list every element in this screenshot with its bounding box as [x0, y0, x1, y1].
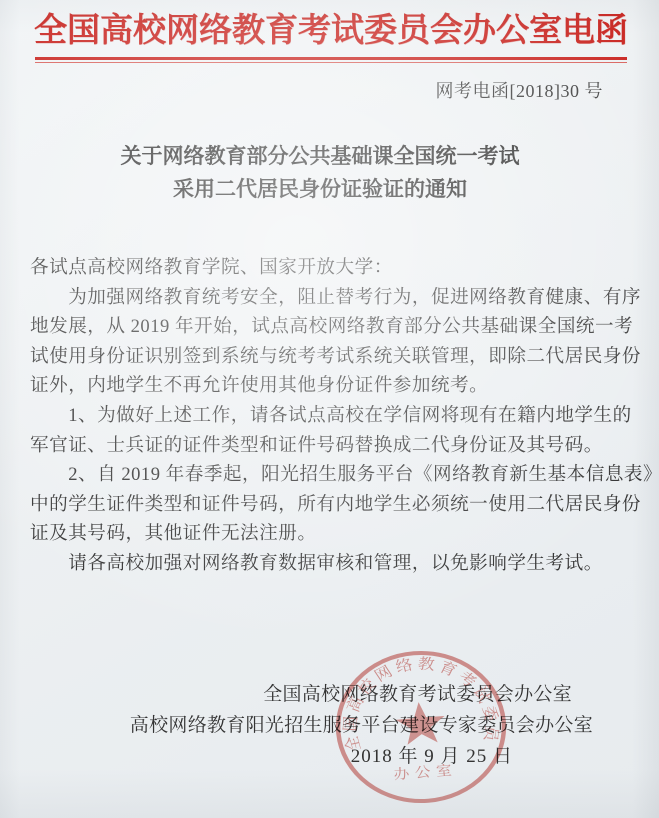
body-line: 请各高校加强对网络教育数据审核和管理，以免影响学生考试。 [30, 549, 642, 579]
body-line: 证外，内地学生不再允许使用其他身份证件参加统考。 [30, 371, 642, 401]
body-line: 1、为做好上述工作，请各试点高校在学信网将现有在籍内地学生的 [30, 401, 642, 431]
official-letter-page: 全国高校网络教育考试委员会办公室电函 网考电函[2018]30 号 关于网络教育… [0, 0, 659, 818]
signature-org-line-2: 高校网络教育阳光招生服务平台建设专家委员会办公室 [130, 710, 593, 737]
signature-date: 2018 年 9 月 25 日 [351, 741, 513, 768]
body-line: 试使用身份证识别签到系统与统考考试系统关联管理，即除二代居民身份 [30, 342, 642, 372]
letterhead-title: 全国高校网络教育考试委员会办公室电函 [34, 10, 628, 50]
letter-body: 各试点高校网络教育学院、国家开放大学： 为加强网络教育统考安全，阻止替考行为，促… [30, 253, 642, 579]
document-number: 网考电函[2018]30 号 [436, 77, 604, 103]
subject-title-line-2: 采用二代居民身份证验证的通知 [0, 173, 640, 206]
body-line: 2、自 2019 年春季起，阳光招生服务平台《网络教育新生基本信息表》 [30, 460, 642, 490]
red-rule-thin-line [35, 62, 627, 64]
body-line: 地发展，从 2019 年开始，试点高校网络教育部分公共基础课全国统一考 [30, 312, 642, 342]
body-line: 中的学生证件类型和证件号码，所有内地学生必须统一使用二代居民身份 [30, 490, 642, 520]
body-line: 为加强网络教育统考安全，阻止替考行为，促进网络教育健康、有序 [30, 283, 642, 313]
body-line: 各试点高校网络教育学院、国家开放大学： [30, 253, 642, 283]
subject-title: 关于网络教育部分公共基础课全国统一考试 采用二代居民身份证验证的通知 [0, 140, 640, 206]
subject-title-line-1: 关于网络教育部分公共基础课全国统一考试 [0, 140, 640, 173]
red-rule-thick-line [35, 57, 627, 60]
body-line: 证及其号码，其他证件无法注册。 [30, 519, 642, 549]
body-line: 军官证、士兵证的证件类型和证件号码替换成二代身份证及其号码。 [30, 431, 642, 461]
signature-org-line-1: 全国高校网络教育考试委员会办公室 [263, 679, 572, 706]
red-divider-rule [35, 57, 627, 63]
